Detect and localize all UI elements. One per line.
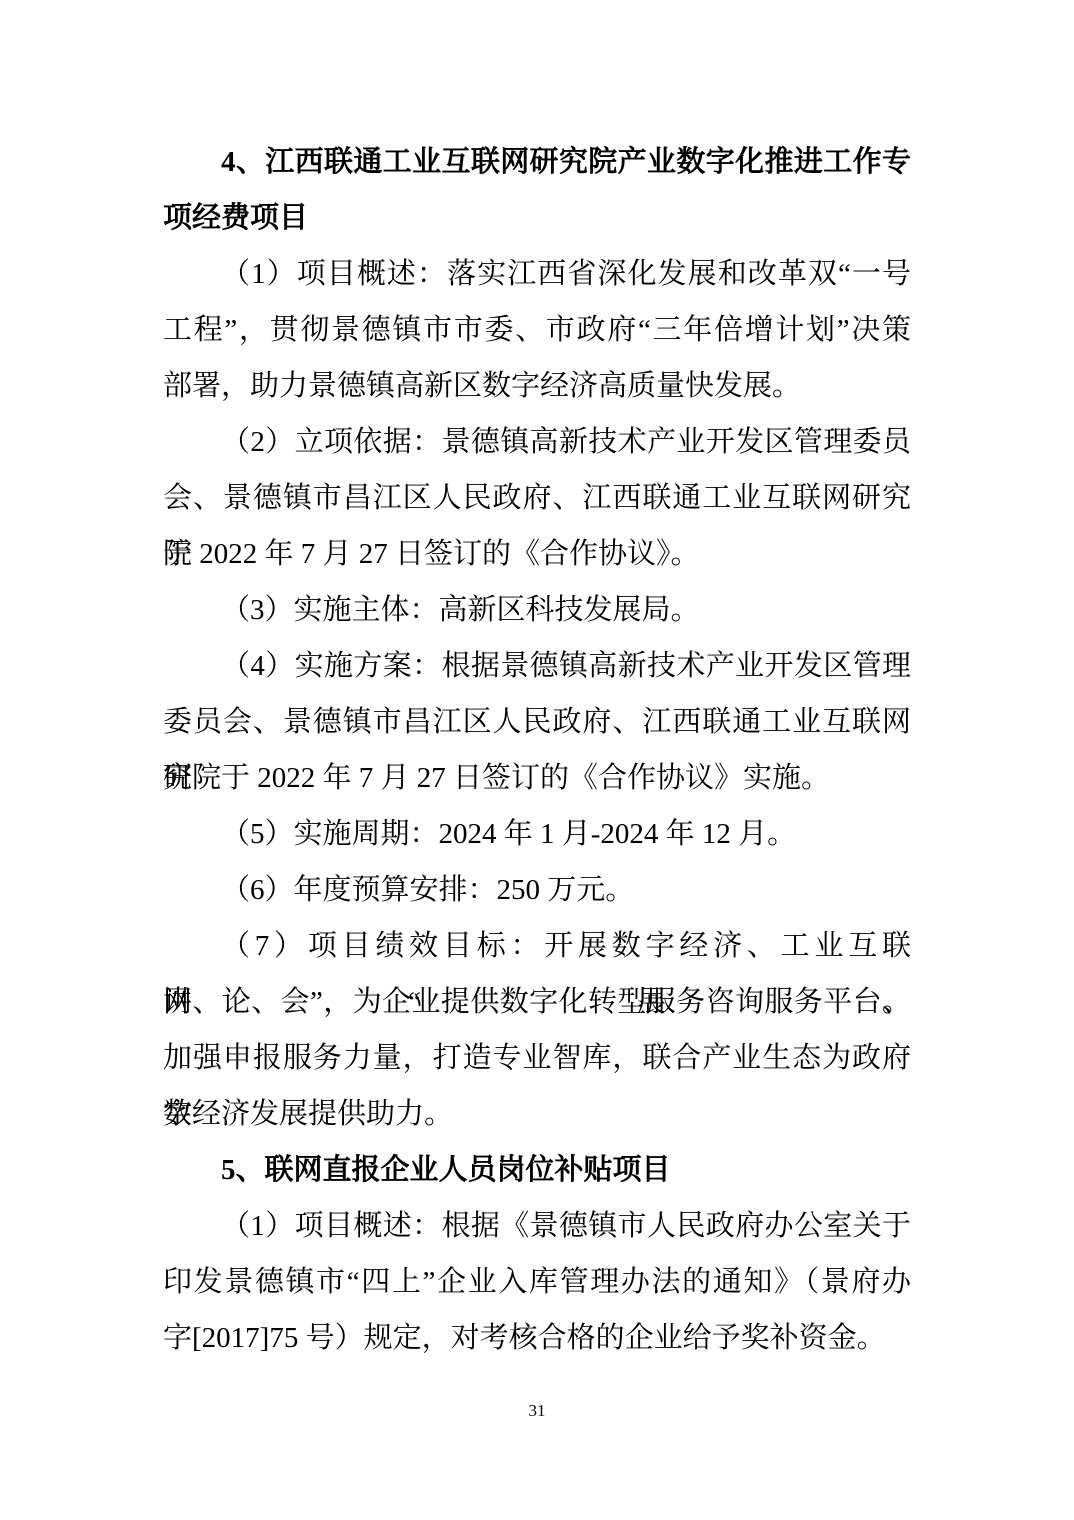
para4-7-line-1: （7）项目绩效目标：开展数字经济、工业互联网“展、 <box>163 918 911 974</box>
document-body: 4、江西联通工业互联网研究院产业数字化推进工作专 项经费项目 （1）项目概述：落… <box>163 134 911 1366</box>
para4-4-line-1: （4）实施方案：根据景德镇高新技术产业开发区管理 <box>163 638 911 694</box>
para4-4-line-3: 究院于 2022 年 7 月 27 日签订的《合作协议》实施。 <box>163 750 911 806</box>
heading-item4-line-2: 项经费项目 <box>163 190 911 246</box>
heading-item5-line-1: 5、联网直报企业人员岗位补贴项目 <box>163 1142 911 1198</box>
para4-1-line-3: 部署，助力景德镇高新区数字经济高质量快发展。 <box>163 358 911 414</box>
para4-4-line-2: 委员会、景德镇市昌江区人民政府、江西联通工业互联网研 <box>163 694 911 750</box>
heading-item4-line-1: 4、江西联通工业互联网研究院产业数字化推进工作专 <box>163 134 911 190</box>
para4-2-line-2: 会、景德镇市昌江区人民政府、江西联通工业互联网研究院 <box>163 470 911 526</box>
para5-1-line-2: 印发景德镇市“四上”企业入库管理办法的通知》（景府办 <box>163 1254 911 1310</box>
para4-5-line-1: （5）实施周期：2024 年 1 月-2024 年 12 月。 <box>163 806 911 862</box>
para4-3-line-1: （3）实施主体：高新区科技发展局。 <box>163 582 911 638</box>
para4-1-line-2: 工程”，贯彻景德镇市市委、市政府“三年倍增计划”决策 <box>163 302 911 358</box>
page-number: 31 <box>0 1400 1074 1422</box>
para4-2-line-1: （2）立项依据：景德镇高新技术产业开发区管理委员 <box>163 414 911 470</box>
para4-1-line-1: （1）项目概述：落实江西省深化发展和改革双“一号 <box>163 246 911 302</box>
para4-7-line-2: 讲、论、会”，为企业提供数字化转型服务咨询服务平台。 <box>163 974 911 1030</box>
para4-6-line-1: （6）年度预算安排：250 万元。 <box>163 862 911 918</box>
para4-2-line-3: 于 2022 年 7 月 27 日签订的《合作协议》。 <box>163 526 911 582</box>
para4-7-line-3: 加强申报服务力量，打造专业智库，联合产业生态为政府数 <box>163 1030 911 1086</box>
para4-7-line-4: 字经济发展提供助力。 <box>163 1086 911 1142</box>
para5-1-line-1: （1）项目概述：根据《景德镇市人民政府办公室关于 <box>163 1198 911 1254</box>
para5-1-line-3: 字[2017]75 号）规定，对考核合格的企业给予奖补资金。 <box>163 1310 911 1366</box>
document-page: 4、江西联通工业互联网研究院产业数字化推进工作专 项经费项目 （1）项目概述：落… <box>0 0 1074 1520</box>
